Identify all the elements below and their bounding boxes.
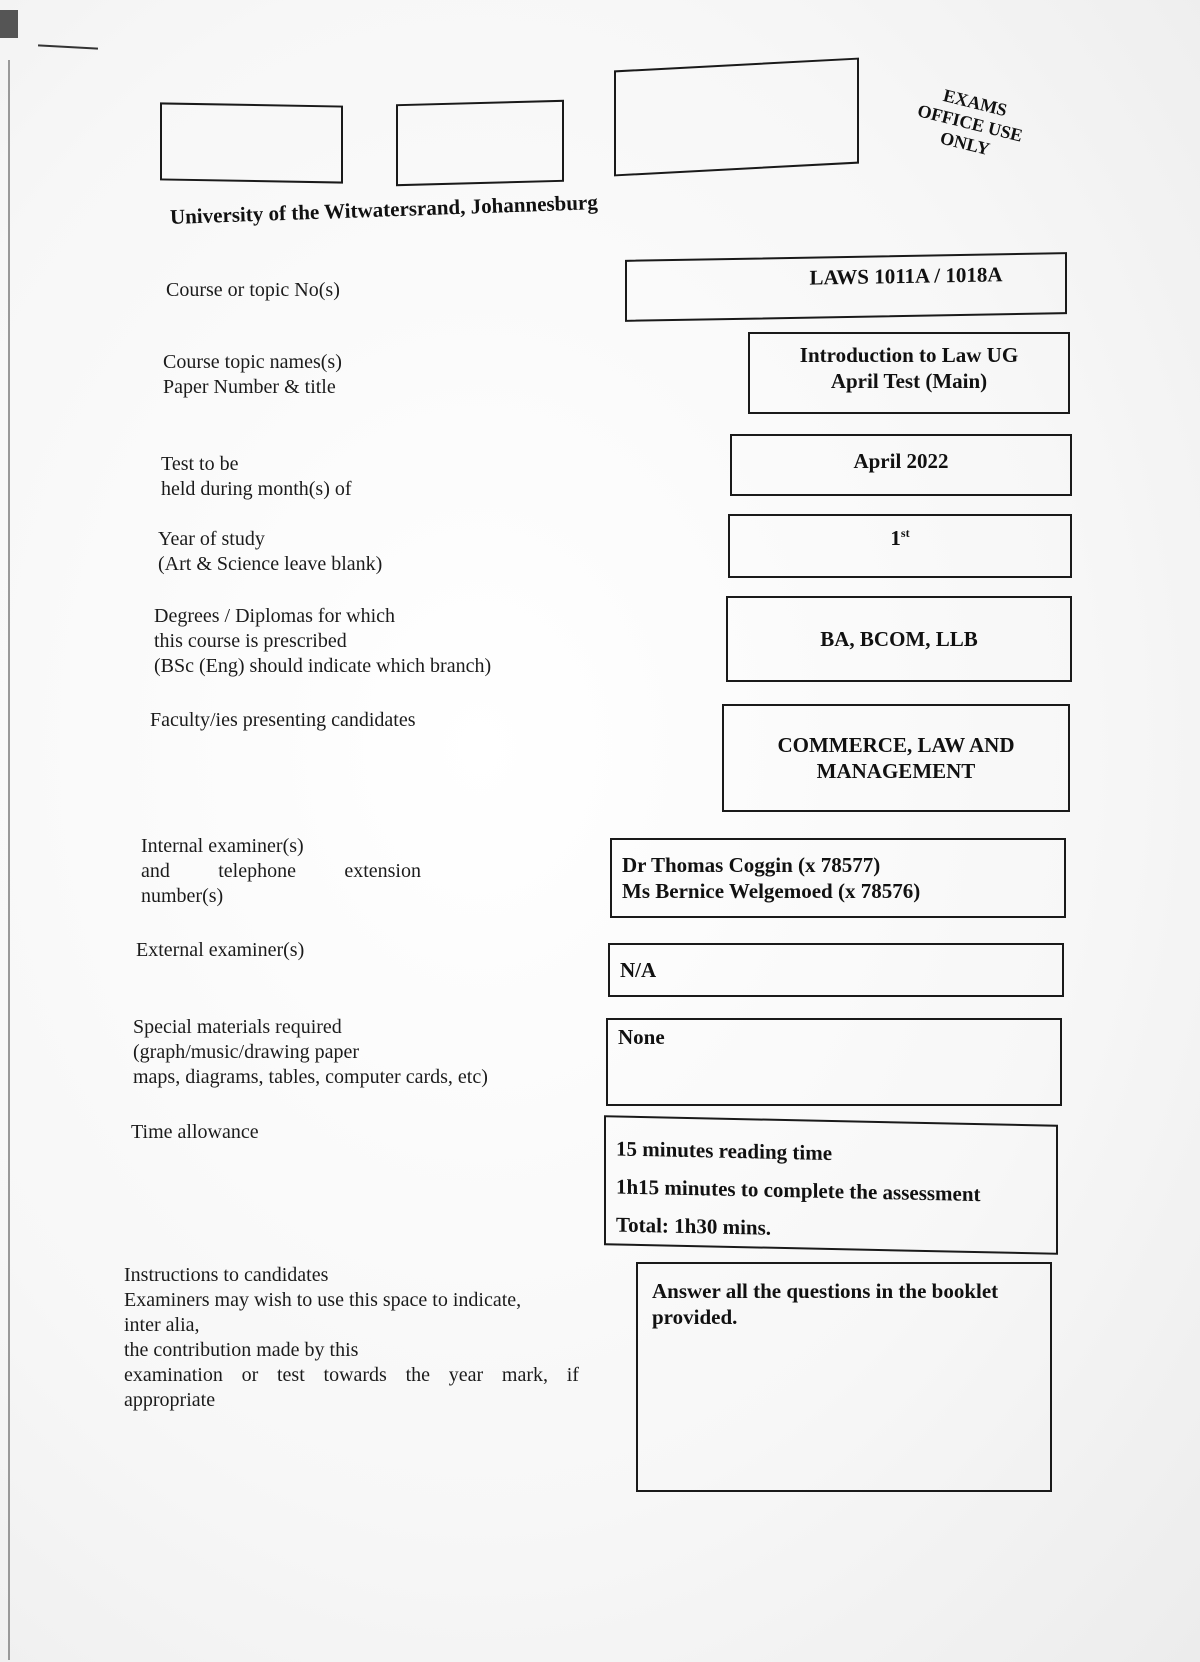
- instructions-label: Instructions to candidates Examiners may…: [124, 1263, 579, 1413]
- internal-examiners-box: Dr Thomas Coggin (x 78577) Ms Bernice We…: [610, 838, 1066, 918]
- institution-title: University of the Witwatersrand, Johanne…: [170, 190, 599, 230]
- scan-edge-line: [8, 60, 10, 1660]
- paper-title-value: April Test (Main): [750, 368, 1068, 394]
- year-of-study-box: 1st: [728, 514, 1072, 578]
- test-month-value: April 2022: [732, 448, 1070, 474]
- course-no-value: LAWS 1011A / 1018A: [627, 260, 1065, 294]
- special-materials-label: Special materials required (graph/music/…: [133, 1015, 488, 1090]
- scan-scratch: [38, 44, 98, 49]
- degrees-box: BA, BCOM, LLB: [726, 596, 1072, 682]
- time-allowance-box: 15 minutes reading time 1h15 minutes to …: [604, 1115, 1058, 1255]
- office-use-box-3: [614, 58, 859, 177]
- scan-edge-mark: [0, 10, 18, 38]
- exam-cover-page: EXAMS OFFICE USE ONLY University of the …: [0, 0, 1200, 1662]
- faculty-value-line1: COMMERCE, LAW AND: [724, 732, 1068, 758]
- office-use-box-2: [396, 100, 564, 186]
- degrees-label: Degrees / Diplomas for which this course…: [154, 604, 491, 679]
- special-materials-value: None: [618, 1024, 1060, 1050]
- time-allowance-label: Time allowance: [131, 1120, 259, 1145]
- total-time: Total: 1h30 mins.: [616, 1205, 1056, 1252]
- internal-examiners-label: Internal examiner(s) and telephone exten…: [141, 834, 421, 909]
- course-name-value: Introduction to Law UG: [750, 342, 1068, 368]
- internal-examiner-1: Dr Thomas Coggin (x 78577): [622, 852, 1064, 878]
- test-month-label: Test to be held during month(s) of: [161, 452, 352, 502]
- special-materials-box: None: [606, 1018, 1062, 1106]
- external-examiners-box: N/A: [608, 943, 1064, 997]
- external-examiners-value: N/A: [620, 957, 1062, 983]
- instructions-box: Answer all the questions in the booklet …: [636, 1262, 1052, 1492]
- instructions-value-line1: Answer all the questions in the booklet: [652, 1278, 1050, 1304]
- course-name-label: Course topic names(s) Paper Number & tit…: [163, 350, 342, 400]
- faculty-box: COMMERCE, LAW AND MANAGEMENT: [722, 704, 1070, 812]
- year-of-study-label: Year of study (Art & Science leave blank…: [158, 527, 382, 577]
- course-name-box: Introduction to Law UG April Test (Main): [748, 332, 1070, 414]
- test-month-box: April 2022: [730, 434, 1072, 496]
- course-no-label: Course or topic No(s): [166, 278, 340, 303]
- office-use-box-1: [160, 102, 343, 183]
- internal-examiner-2: Ms Bernice Welgemoed (x 78576): [622, 878, 1064, 904]
- faculty-value-line2: MANAGEMENT: [724, 758, 1068, 784]
- exams-office-stamp: EXAMS OFFICE USE ONLY: [899, 77, 1040, 170]
- course-no-box: LAWS 1011A / 1018A: [625, 252, 1067, 322]
- year-of-study-value: 1st: [730, 520, 1070, 551]
- degrees-value: BA, BCOM, LLB: [728, 626, 1070, 652]
- faculty-label: Faculty/ies presenting candidates: [150, 708, 415, 733]
- external-examiners-label: External examiner(s): [136, 938, 304, 963]
- instructions-value-line2: provided.: [652, 1304, 1050, 1330]
